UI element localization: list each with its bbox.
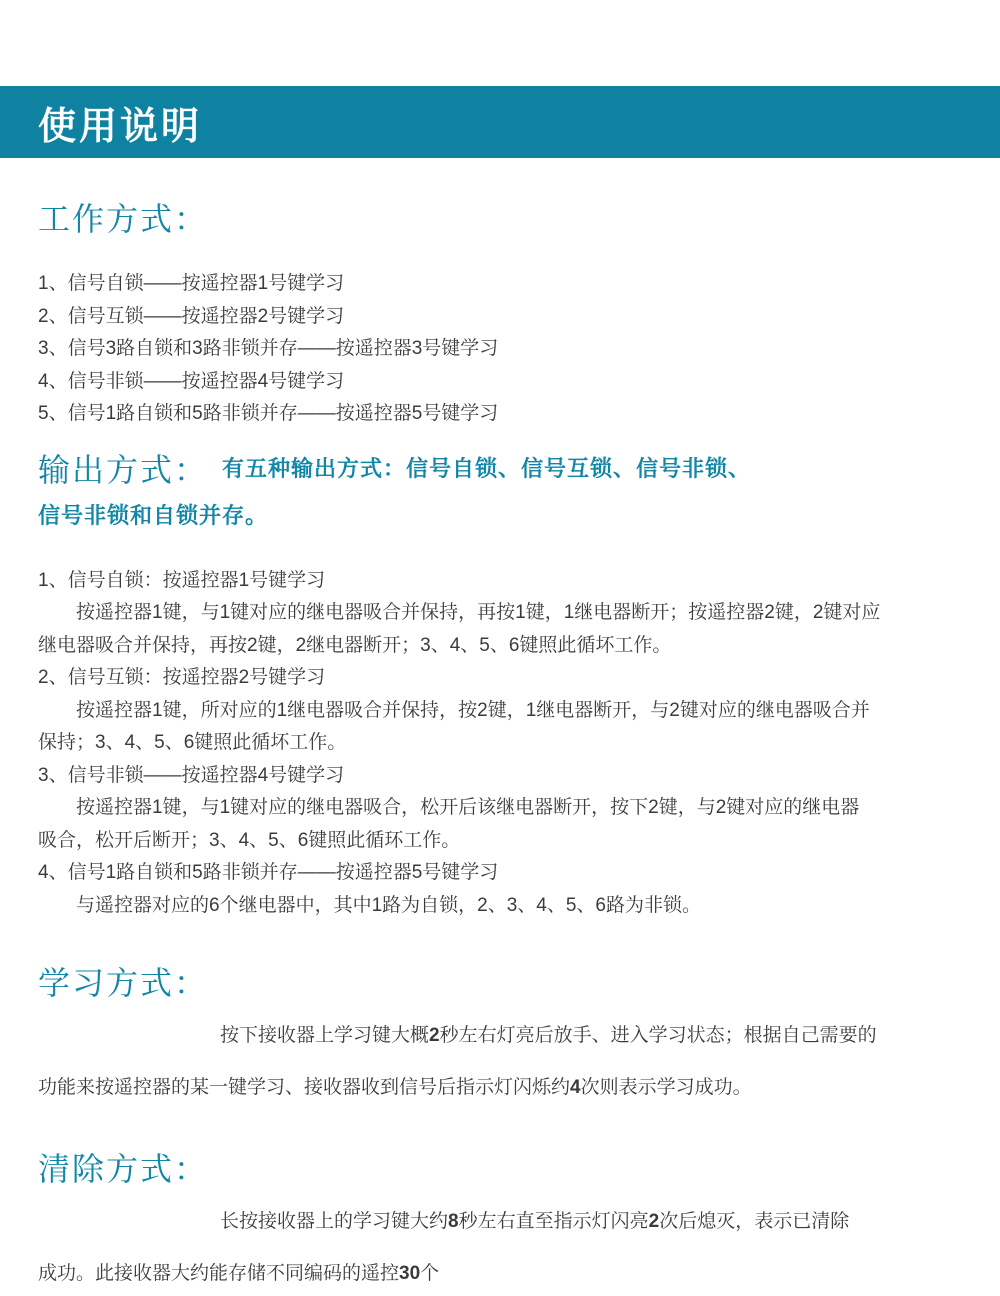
learn-mode-paragraph: 按下接收器上学习键大概2秒左右灯亮后放手、进入学习状态；根据自己需要的功能来按遥…	[38, 1010, 962, 1114]
work-mode-heading: 工作方式：	[38, 194, 962, 240]
text-line: 5、信号1路自锁和5路非锁并存——按遥控器5号键学习	[38, 398, 962, 431]
page-title: 使用说明	[38, 95, 202, 150]
text-line: 2、信号互锁——按遥控器2号键学习	[38, 301, 962, 334]
clear-mode-paragraph: 长按接收器上的学习键大约8秒左右直至指示灯闪亮2次后熄灭，表示已清除成功。此接收…	[38, 1196, 962, 1296]
text-line: 按遥控器1键，与1键对应的继电器吸合并保持，再按1键，1继电器断开；按遥控器2键…	[38, 597, 962, 630]
text-line: 长按接收器上的学习键大约8秒左右直至指示灯闪亮2次后熄灭，表示已清除	[38, 1196, 962, 1248]
text-line: 3、信号非锁——按遥控器4号键学习	[38, 760, 962, 793]
text-line: 2、信号互锁：按遥控器2号键学习	[38, 662, 962, 695]
manual-page: 使用说明 工作方式： 1、信号自锁——按遥控器1号键学习2、信号互锁——按遥控器…	[0, 86, 1000, 1296]
text-line: 4、信号1路自锁和5路非锁并存——按遥控器5号键学习	[38, 857, 962, 890]
text-line: 成功。此接收器大约能存储不同编码的遥控30个	[38, 1248, 962, 1296]
text-line: 吸合，松开后断开；3、4、5、6键照此循环工作。	[38, 825, 962, 858]
text-line: 继电器吸合并保持，再按2键，2继电器断开；3、4、5、6键照此循坏工作。	[38, 630, 962, 663]
clear-mode-heading: 清除方式：	[38, 1144, 962, 1190]
output-mode-heading-row: 输出方式： 有五种输出方式：信号自锁、信号互锁、信号非锁、	[38, 445, 962, 491]
text-line: 保持；3、4、5、6键照此循坏工作。	[38, 727, 962, 760]
text-line: 1、信号自锁：按遥控器1号键学习	[38, 565, 962, 598]
output-mode-heading: 输出方式：	[38, 445, 208, 491]
text-line: 功能来按遥控器的某一键学习、接收器收到信号后指示灯闪烁约4次则表示学习成功。	[38, 1062, 962, 1114]
output-mode-details: 1、信号自锁：按遥控器1号键学习按遥控器1键，与1键对应的继电器吸合并保持，再按…	[38, 565, 962, 923]
text-line: 4、信号非锁——按遥控器4号键学习	[38, 366, 962, 399]
work-mode-list: 1、信号自锁——按遥控器1号键学习2、信号互锁——按遥控器2号键学习3、信号3路…	[38, 268, 962, 431]
text-line: 按下接收器上学习键大概2秒左右灯亮后放手、进入学习状态；根据自己需要的	[38, 1010, 962, 1062]
text-line: 与遥控器对应的6个继电器中，其中1路为自锁，2、3、4、5、6路为非锁。	[38, 890, 962, 923]
output-mode-lead-line1: 有五种输出方式：信号自锁、信号互锁、信号非锁、	[222, 452, 751, 483]
title-banner: 使用说明	[0, 86, 1000, 158]
text-line: 3、信号3路自锁和3路非锁并存——按遥控器3号键学习	[38, 333, 962, 366]
content-area: 工作方式： 1、信号自锁——按遥控器1号键学习2、信号互锁——按遥控器2号键学习…	[0, 194, 1000, 1296]
text-line: 按遥控器1键，与1键对应的继电器吸合，松开后该继电器断开，按下2键，与2键对应的…	[38, 792, 962, 825]
text-line: 按遥控器1键，所对应的1继电器吸合并保持，按2键，1继电器断开，与2键对应的继电…	[38, 695, 962, 728]
output-mode-lead-line2: 信号非锁和自锁并存。	[38, 503, 962, 529]
text-line: 1、信号自锁——按遥控器1号键学习	[38, 268, 962, 301]
learn-mode-heading: 学习方式：	[38, 958, 962, 1004]
